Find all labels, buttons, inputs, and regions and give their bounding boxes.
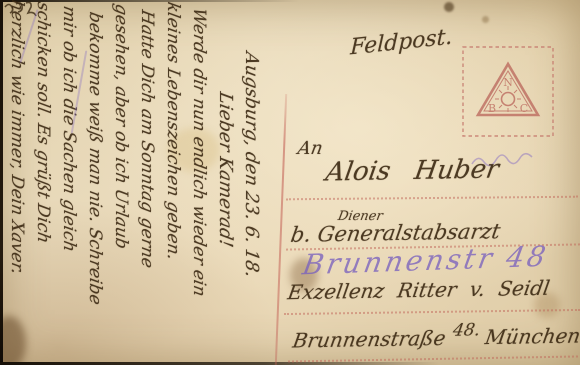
postcard-scan: Augsburg, den 23. 6. 18. Lieber Kamerad!…: [0, 0, 580, 365]
corner-scribble-mark: [2, 1, 44, 37]
address-rule: [286, 196, 578, 201]
message-line: herzlich wie immer, Dein Xaver.: [4, 0, 30, 364]
ink-speck: [482, 16, 489, 23]
address-house-number: 48.: [451, 320, 481, 341]
message-line: Augsburg, den 23. 6. 18.: [238, 0, 264, 364]
message-line: gesehen, aber ob ich Urlaub: [108, 0, 134, 364]
stamp-letter-n: N: [503, 76, 513, 89]
address-to-label: An: [296, 138, 324, 159]
address-street: Brunnenstraße: [291, 326, 447, 353]
handwritten-message: Augsburg, den 23. 6. 18. Lieber Kamerad!…: [0, 0, 276, 362]
stamp-letter-b: B: [488, 102, 496, 115]
address-employer-line2: Exzellenz Ritter v. Seidl: [286, 276, 551, 305]
message-line: mir ob ich die Sachen gleich: [56, 0, 82, 364]
feldpost-note: Feldpost.: [350, 25, 453, 61]
message-line: schicken soll. Es grüßt Dich: [30, 0, 56, 364]
address-recipient-name: Alois Huber: [324, 154, 501, 187]
ink-speck: [444, 2, 454, 12]
publisher-stamp-icon: N B C: [460, 44, 556, 140]
stamp-letter-c: C: [520, 102, 528, 115]
message-line: Hatte Dich am Sonntag gerne: [134, 0, 160, 364]
address-street-city-line: Brunnenstraße 48. München: [291, 323, 580, 352]
message-line: kleines Lebenszeichen geben.: [160, 0, 186, 364]
address-city: München: [483, 323, 580, 349]
message-line: Lieber Kamerad!: [212, 0, 238, 364]
message-line: Werde dir nun endlich wieder ein: [186, 0, 212, 364]
address-divider-line: [275, 94, 287, 365]
